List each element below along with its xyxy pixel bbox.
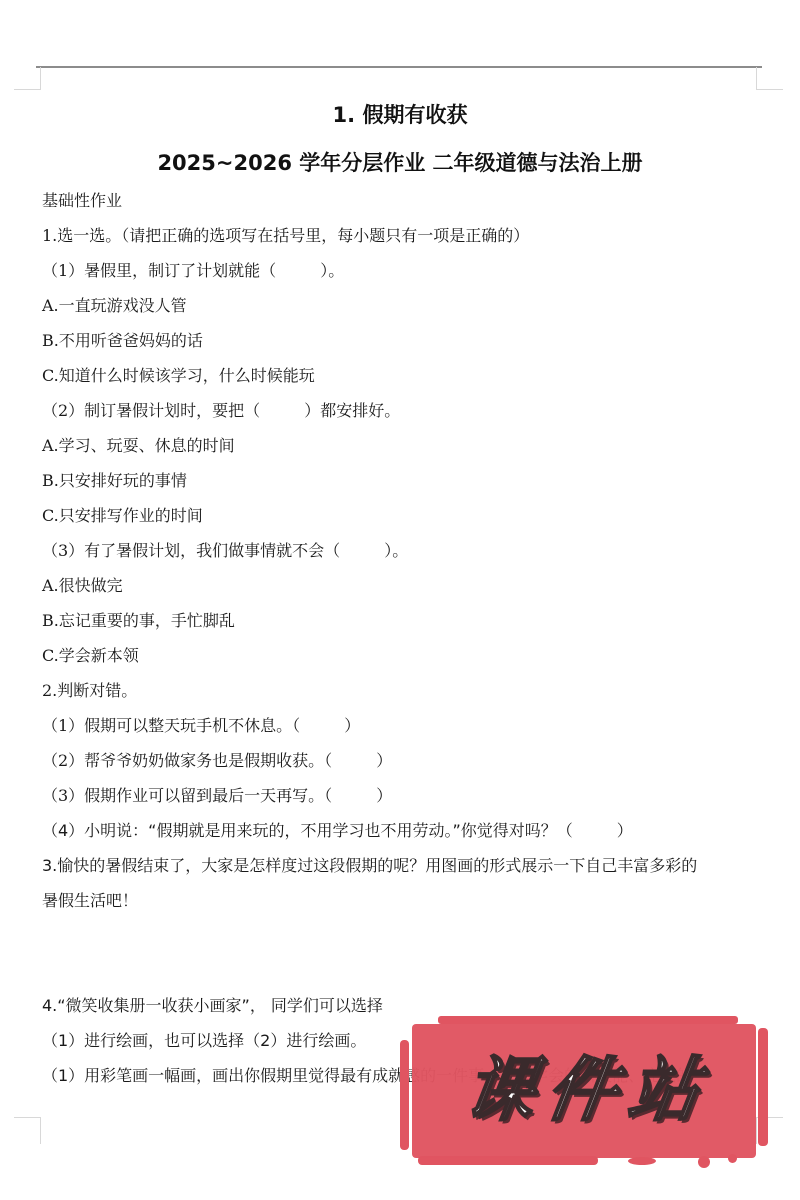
stamp-background bbox=[412, 1024, 756, 1158]
corner-mark-top-left bbox=[14, 67, 41, 90]
q4-line-2: （1）进行绘画，也可以选择（2）进行绘画。 bbox=[42, 1031, 366, 1051]
corner-mark-bottom-left bbox=[14, 1117, 41, 1144]
q1-3-stem: （3）有了暑假计划，我们做事情就不会（）。 bbox=[42, 541, 408, 561]
stamp-dot bbox=[728, 1154, 737, 1163]
corner-mark-top-right bbox=[756, 67, 783, 90]
q2-item-1-suffix: ） bbox=[344, 716, 360, 735]
q1-2-stem-suffix: ）都安排好。 bbox=[304, 401, 400, 420]
q1-1-stem-prefix: （1）暑假里，制订了计划就能（ bbox=[42, 261, 276, 280]
q4-line-3: （1）用彩笔画一幅画，画出你假期里觉得最有成就感的一件事，比如学会的新技能、完成… bbox=[42, 1066, 692, 1086]
q1-2-option-b: B.只安排好玩的事情 bbox=[42, 471, 187, 491]
q1-2-stem-prefix: （2）制订暑假计划时，要把（ bbox=[42, 401, 260, 420]
stamp-edge-bottom bbox=[418, 1156, 598, 1165]
q1-3-option-c: C.学会新本领 bbox=[42, 646, 139, 666]
q1-2-option-c: C.只安排写作业的时间 bbox=[42, 506, 203, 526]
q2-item-2: （2）帮爷爷奶奶做家务也是假期收获。（） bbox=[42, 751, 392, 771]
q4-heading: 4.“微笑收集册一收获小画家”， 同学们可以选择 bbox=[42, 996, 383, 1016]
q1-1-stem-suffix: ）。 bbox=[320, 261, 344, 280]
q1-3-option-a: A.很快做完 bbox=[42, 576, 123, 596]
q2-item-2-text: （2）帮爷爷奶奶做家务也是假期收获。（ bbox=[42, 751, 332, 770]
q1-heading: 1.选一选。（请把正确的选项写在括号里，每小题只有一项是正确的） bbox=[42, 226, 529, 246]
q1-2-stem: （2）制订暑假计划时，要把（）都安排好。 bbox=[42, 401, 400, 421]
section-label: 基础性作业 bbox=[42, 191, 122, 211]
q1-3-option-b: B.忘记重要的事，手忙脚乱 bbox=[42, 611, 235, 631]
q2-item-2-suffix: ） bbox=[376, 751, 392, 770]
watermark-stamp: 课件站 bbox=[398, 1016, 770, 1166]
q2-item-3-text: （3）假期作业可以留到最后一天再写。（ bbox=[42, 786, 332, 805]
header-rule bbox=[36, 66, 762, 68]
q3-line-1: 3.愉快的暑假结束了，大家是怎样度过这段假期的呢？用图画的形式展示一下自己丰富多… bbox=[42, 856, 697, 876]
q2-item-4-text: （4）小明说：“假期就是用来玩的，不用学习也不用劳动。”你觉得对吗？（ bbox=[42, 821, 573, 840]
stamp-edge-left bbox=[400, 1040, 409, 1150]
q1-1-option-c: C.知道什么时候该学习，什么时候能玩 bbox=[42, 366, 315, 386]
q2-item-1-text: （1）假期可以整天玩手机不休息。（ bbox=[42, 716, 300, 735]
q2-item-4: （4）小明说：“假期就是用来玩的，不用学习也不用劳动。”你觉得对吗？（） bbox=[42, 821, 633, 841]
q3-line-2: 暑假生活吧！ bbox=[42, 891, 138, 911]
corner-mark-bottom-right bbox=[756, 1117, 783, 1144]
stamp-dot bbox=[698, 1156, 710, 1168]
q2-item-3: （3）假期作业可以留到最后一天再写。（） bbox=[42, 786, 392, 806]
q1-1-option-a: A.一直玩游戏没人管 bbox=[42, 296, 187, 316]
q1-2-option-a: A.学习、玩耍、休息的时间 bbox=[42, 436, 235, 456]
stamp-edge-top bbox=[438, 1016, 738, 1024]
document-title: 1. 假期有收获 bbox=[0, 99, 800, 129]
stamp-dot bbox=[628, 1157, 656, 1165]
q1-3-stem-suffix: ）。 bbox=[384, 541, 408, 560]
q2-item-4-suffix: ） bbox=[617, 821, 633, 840]
q1-1-stem: （1）暑假里，制订了计划就能（）。 bbox=[42, 261, 344, 281]
q2-item-3-suffix: ） bbox=[376, 786, 392, 805]
document-page: 1. 假期有收获 2025~2026 学年分层作业 二年级道德与法治上册 基础性… bbox=[0, 0, 800, 1200]
q2-heading: 2.判断对错。 bbox=[42, 681, 137, 701]
q1-3-stem-prefix: （3）有了暑假计划，我们做事情就不会（ bbox=[42, 541, 340, 560]
q2-item-1: （1）假期可以整天玩手机不休息。（） bbox=[42, 716, 360, 736]
watermark-text: 课件站 bbox=[422, 1048, 754, 1132]
document-subtitle: 2025~2026 学年分层作业 二年级道德与法治上册 bbox=[0, 147, 800, 177]
q1-1-option-b: B.不用听爸爸妈妈的话 bbox=[42, 331, 203, 351]
